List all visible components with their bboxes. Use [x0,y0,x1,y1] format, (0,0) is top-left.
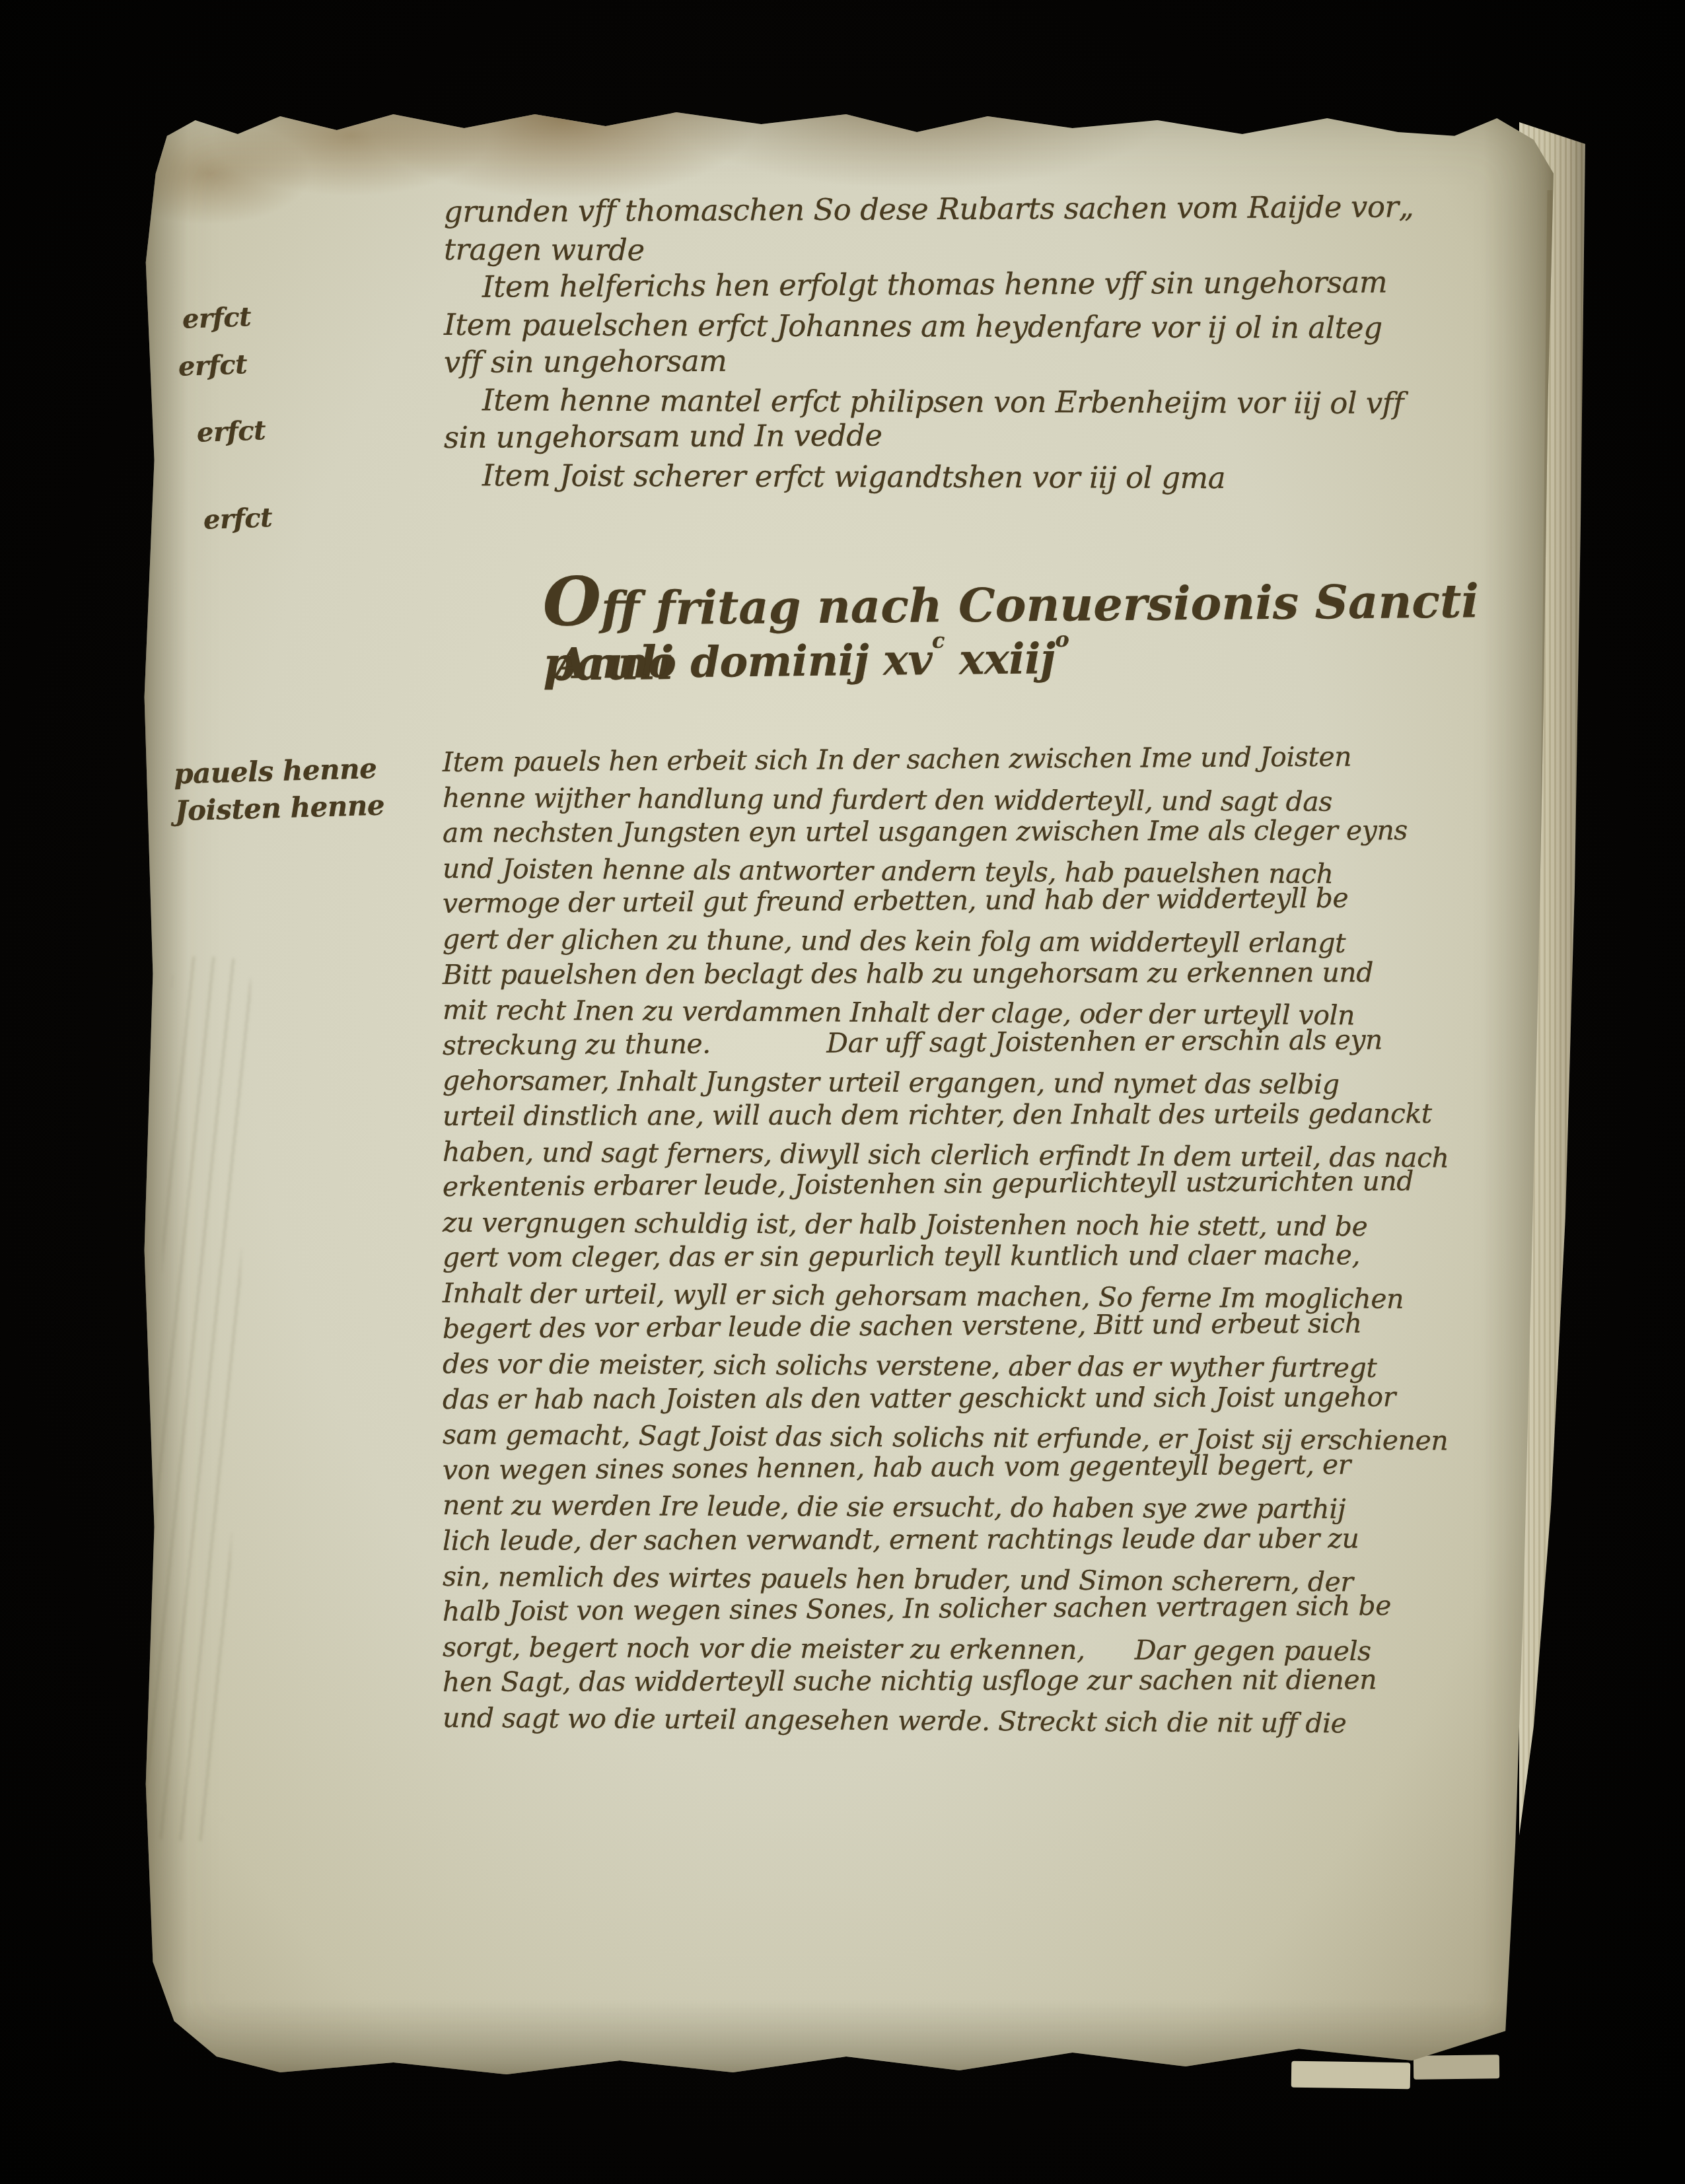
manuscript-line: vermoge der urteil gut freund erbetten, … [443,880,1565,922]
anno-superscript-o: o [1055,627,1069,652]
anno-superscript-c: c [932,628,945,653]
manuscript-line: am nechsten Jungsten eyn urtel usgangen … [443,813,1565,851]
manuscript-line: Item pauels hen erbeit sich In der sache… [443,738,1565,781]
manuscript-line: Item helferichs hen erfolgt thomas henne… [444,262,1560,306]
photograph-background: erfct erfct erfct erfct grunden vff thom… [0,0,1685,2184]
manuscript-line: vff sin ungehorsam [444,337,1560,381]
manuscript-line: erkentenis erbarer leude, Joistenhen sin… [443,1163,1565,1205]
margin-note: erfct [178,349,248,382]
margin-note: erfct [196,415,266,448]
manuscript-line: halb Joist von wegen sines Sones, In sol… [443,1588,1565,1630]
manuscript-line: lich leude, der sachen verwandt, ernent … [443,1521,1565,1559]
manuscript-line: das er hab nach Joisten als den vatter g… [443,1379,1565,1417]
margin-note: erfct [182,301,252,335]
underlying-page-corner [1414,2055,1499,2079]
manuscript-line: begert des vor erbar leude die sachen ve… [443,1304,1565,1347]
underlying-page-corner [1291,2061,1411,2090]
ink-showthrough [142,955,252,1842]
manuscript-line: grunden vff thomaschen So dese Rubarts s… [444,187,1560,230]
record-body-block: Item pauels hen erbeit sich In der sache… [443,745,1565,1736]
manuscript-line: sin ungehorsam und In vedde [444,413,1560,456]
anno-text: Anno dominij xv [555,635,933,689]
manuscript-line: Item Joist scherer erfct wigandtshen vor… [444,456,1560,498]
manuscript-line: hen Sagt, das widderteyll suche nichtig … [443,1662,1565,1701]
plaintiff-name: pauels henne [173,750,384,793]
manuscript-line: und sagt wo die urteil angesehen werde. … [443,1701,1565,1743]
manuscript-line: urteil dinstlich ane, will auch dem rich… [443,1096,1565,1134]
case-parties-margin: pauels henne Joisten henne [173,750,384,830]
manuscript-line: Bitt pauelshen den beclagt des halb zu u… [443,954,1565,993]
defendant-name: Joisten henne [174,787,385,830]
manuscript-line: gert vom cleger, das er sin gepurlich te… [443,1238,1565,1276]
anno-heading: Anno dominij xvc xxiijo [555,634,1069,689]
manuscript-page: erfct erfct erfct erfct grunden vff thom… [139,104,1554,2080]
anno-numeral: xxiij [945,634,1056,685]
margin-note: erfct [203,502,273,536]
top-entries-block: grunden vff thomaschen So dese Rubarts s… [444,193,1560,494]
manuscript-line: von wegen sines sones hennen, hab auch v… [443,1446,1565,1488]
manuscript-line: streckung zu thune. Dar uff sagt Joisten… [443,1021,1565,1063]
